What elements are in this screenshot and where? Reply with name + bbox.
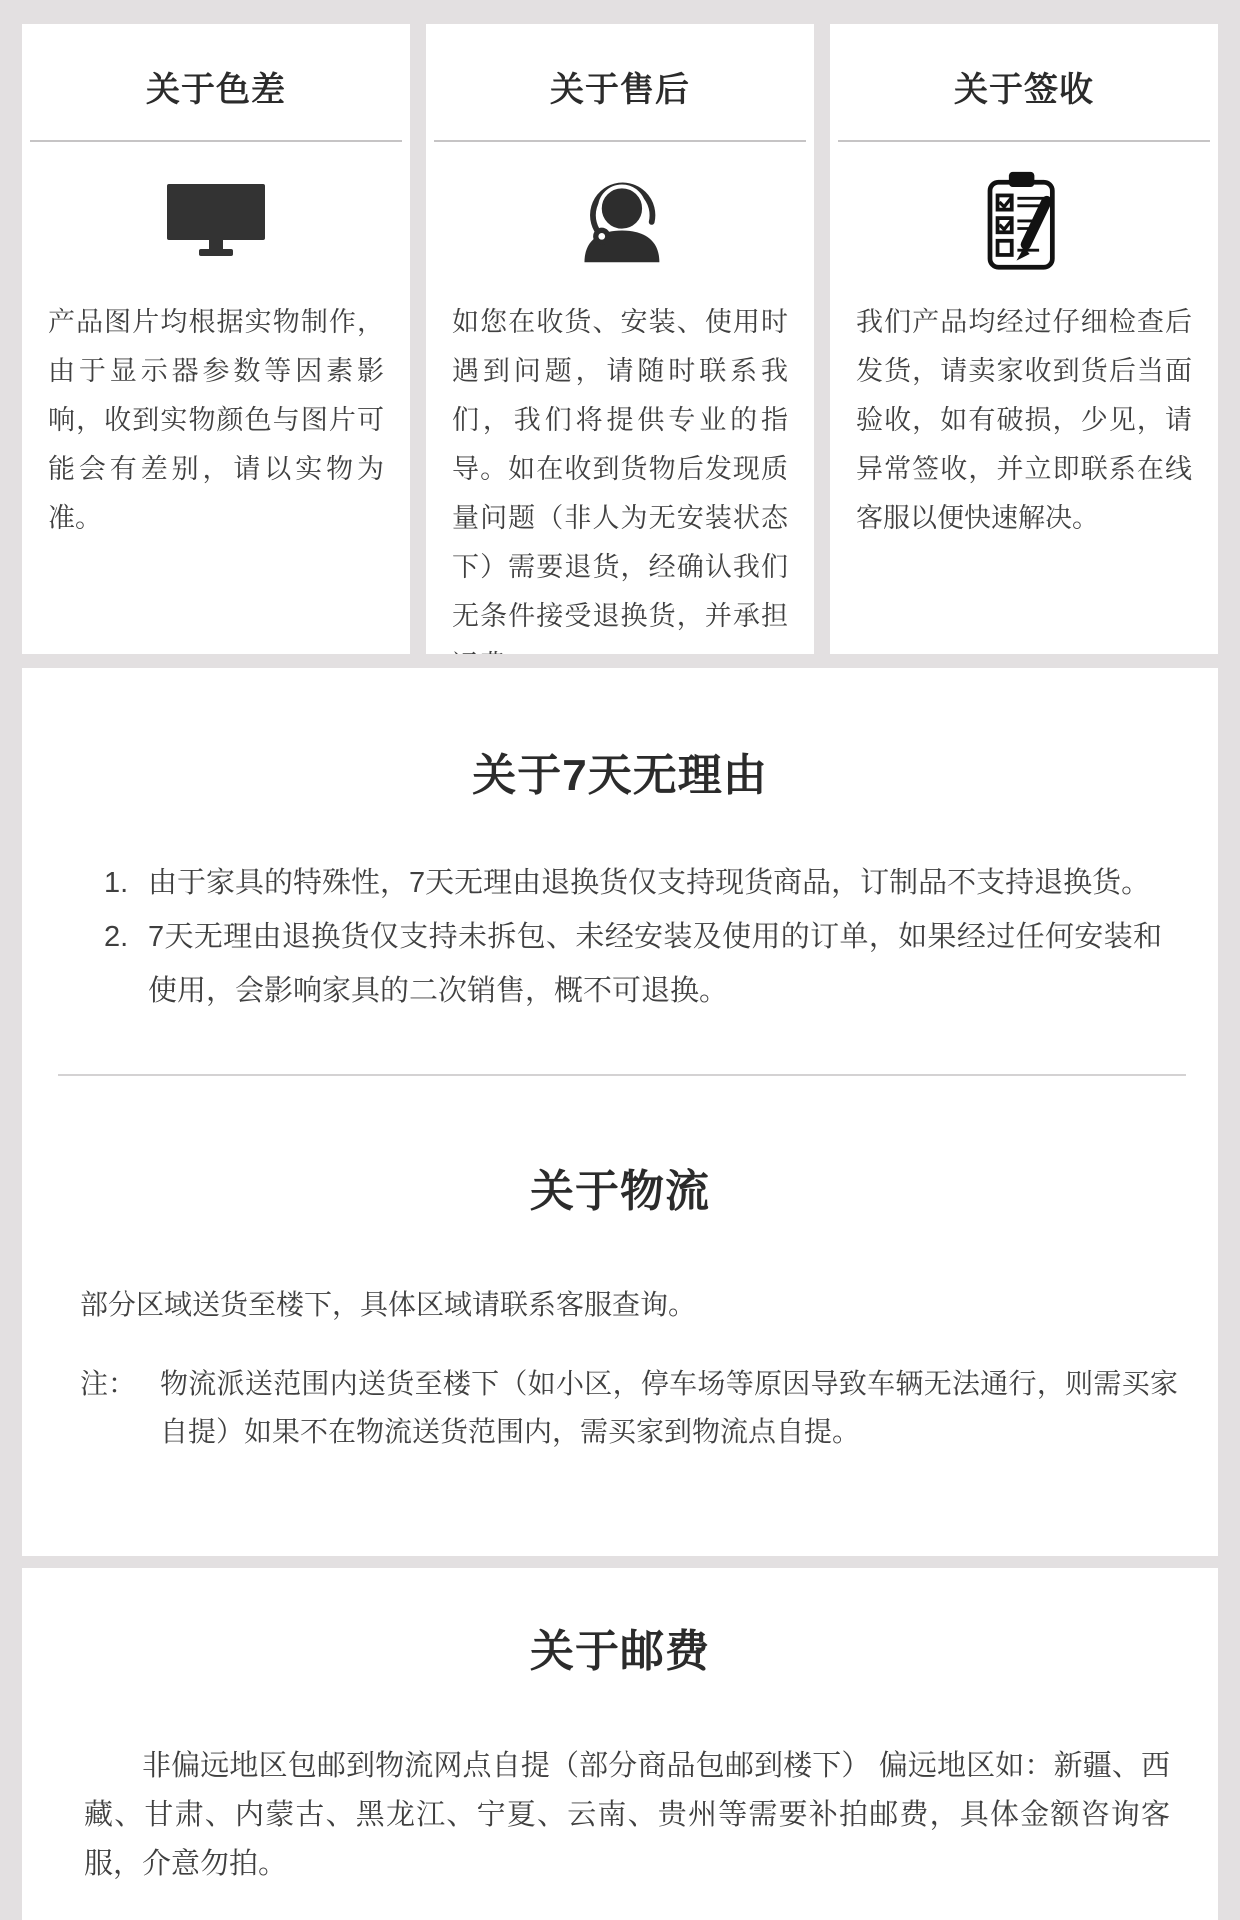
card-color-difference: 关于色差 产品图片均根据实物制作，由于显示器参数等因素影响，收到实物颜色与图片可… [22, 24, 410, 654]
headset-icon [426, 142, 814, 298]
card-title-color-difference: 关于色差 [22, 68, 410, 112]
checklist-icon [830, 142, 1218, 298]
return-policy-title: 关于7天无理由 [22, 668, 1218, 804]
card-body-sign-receipt: 我们产品均经过仔细检查后发货，请卖家收到货后当面验收，如有破损，少见，请异常签收… [856, 298, 1192, 543]
card-title-after-sales: 关于售后 [426, 68, 814, 112]
note-text: 物流派送范围内送货至楼下（如小区，停车场等原因导致车辆无法通行，则需买家自提）如… [160, 1360, 1178, 1456]
section-divider [58, 1074, 1186, 1076]
list-item-number: 1. [104, 856, 148, 910]
card-body-color-difference: 产品图片均根据实物制作，由于显示器参数等因素影响，收到实物颜色与图片可能会有差别… [48, 298, 384, 543]
card-title-sign-receipt: 关于签收 [830, 68, 1218, 112]
product-info-page: 关于色差 产品图片均根据实物制作，由于显示器参数等因素影响，收到实物颜色与图片可… [0, 0, 1240, 1920]
card-sign-receipt: 关于签收 [830, 24, 1218, 654]
return-policy-card: 关于7天无理由 1. 由于家具的特殊性，7天无理由退换货仅支持现货商品，订制品不… [22, 668, 1218, 1556]
list-item-text: 7天无理由退换货仅支持未拆包、未经安装及使用的订单，如果经过任何安装和使用，会影… [148, 910, 1162, 1018]
postage-card: 关于邮费 非偏远地区包邮到物流网点自提（部分商品包邮到楼下） 偏远地区如：新疆、… [22, 1568, 1218, 1920]
logistics-title: 关于物流 [22, 1164, 1218, 1220]
monitor-icon [22, 142, 410, 298]
list-item: 2. 7天无理由退换货仅支持未拆包、未经安装及使用的订单，如果经过任何安装和使用… [104, 910, 1162, 1018]
return-policy-list: 1. 由于家具的特殊性，7天无理由退换货仅支持现货商品，订制品不支持退换货。 2… [104, 856, 1162, 1018]
card-body-after-sales: 如您在收货、安装、使用时遇到问题，请随时联系我们，我们将提供专业的指导。如在收到… [452, 298, 788, 654]
note-label: 注： [80, 1360, 160, 1456]
list-item-number: 2. [104, 910, 148, 1018]
list-item-text: 由于家具的特殊性，7天无理由退换货仅支持现货商品，订制品不支持退换货。 [148, 856, 1162, 910]
logistics-summary: 部分区域送货至楼下，具体区域请联系客服查询。 [80, 1282, 1178, 1328]
logistics-note: 注： 物流派送范围内送货至楼下（如小区，停车场等原因导致车辆无法通行，则需买家自… [80, 1360, 1178, 1456]
postage-title: 关于邮费 [22, 1568, 1218, 1680]
service-card-row: 关于色差 产品图片均根据实物制作，由于显示器参数等因素影响，收到实物颜色与图片可… [22, 24, 1218, 654]
list-item: 1. 由于家具的特殊性，7天无理由退换货仅支持现货商品，订制品不支持退换货。 [104, 856, 1162, 910]
postage-body: 非偏远地区包邮到物流网点自提（部分商品包邮到楼下） 偏远地区如：新疆、西藏、甘肃… [84, 1742, 1170, 1889]
card-after-sales: 关于售后 如您在收货、安装、使用时遇到问题，请随时联系我们，我们将提供专业的指导… [426, 24, 814, 654]
